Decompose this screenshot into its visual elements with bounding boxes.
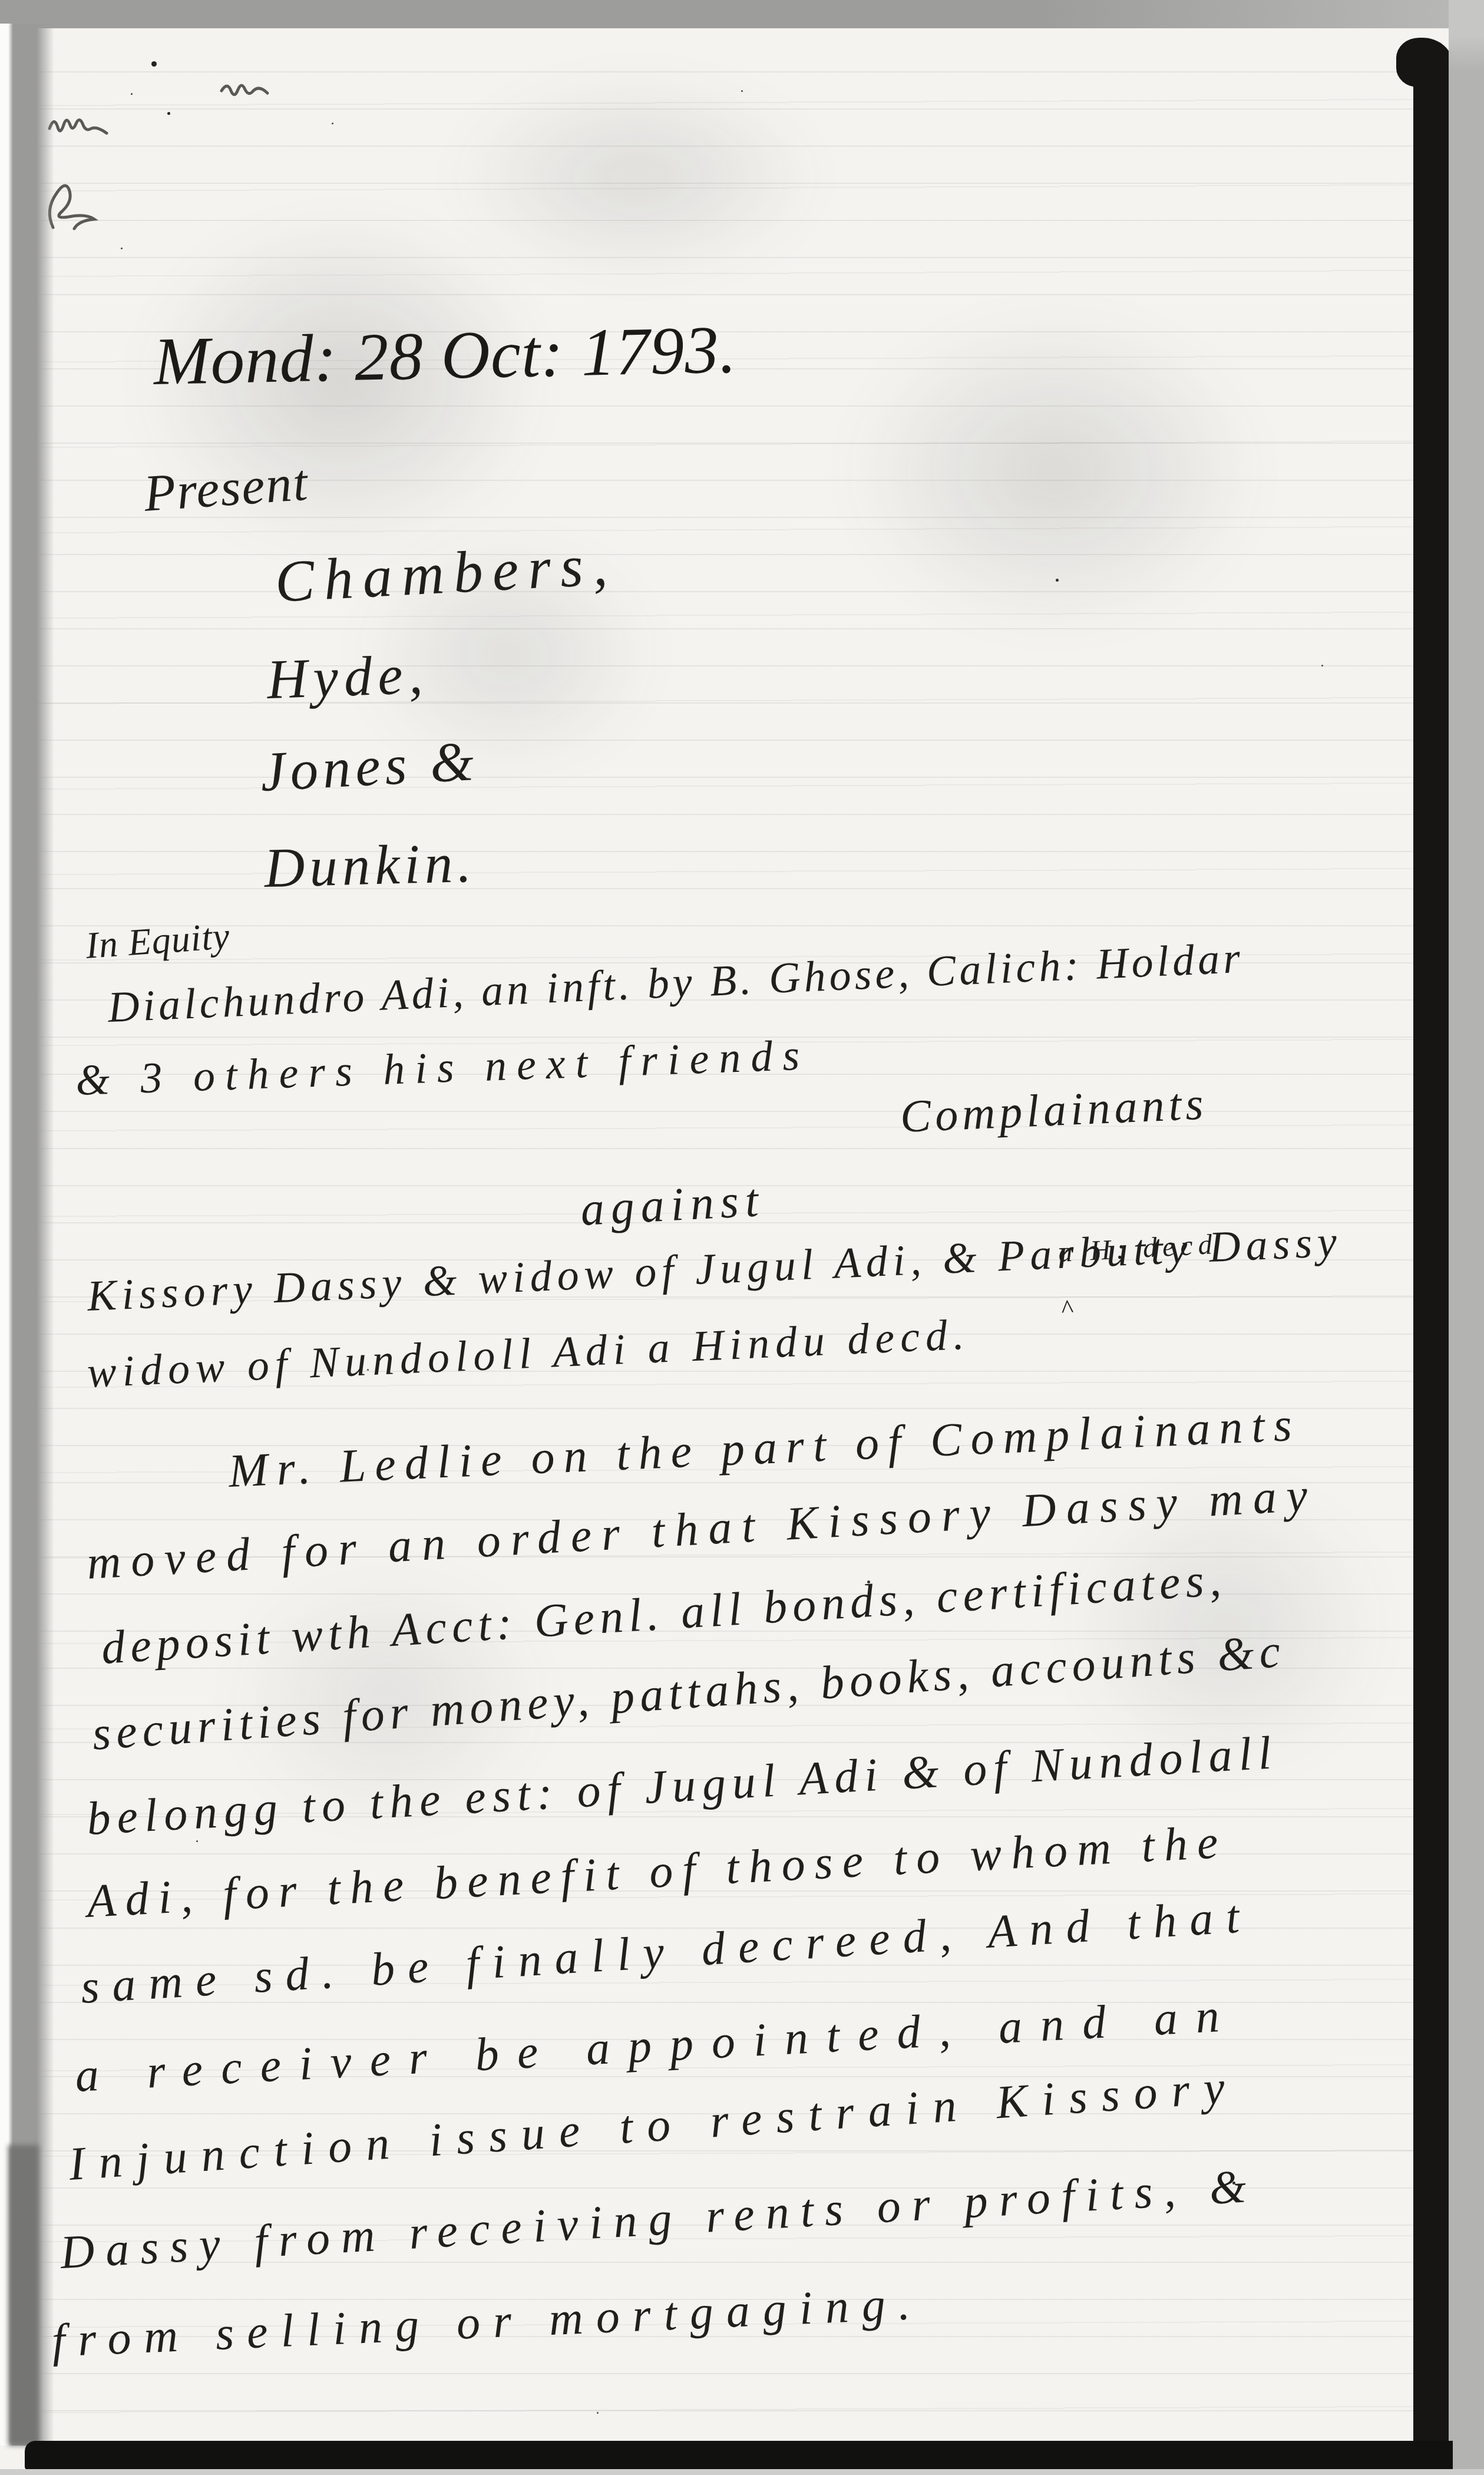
judge-name: Hyde,	[266, 641, 429, 712]
defendants-line: Kissory Dassy & widow of Jugul Adi, & Pa…	[86, 1217, 1343, 1322]
judge-name: Jones &	[259, 728, 480, 804]
date-heading: Mond: 28 Oct: 1793.	[153, 311, 737, 401]
film-edge-left	[0, 24, 54, 2446]
versus-label: against	[579, 1174, 766, 1237]
binding-gutter-bar	[1413, 48, 1449, 2475]
pencil-mark	[46, 106, 111, 141]
ink-specks	[151, 61, 157, 67]
judge-name: Chambers,	[273, 530, 618, 616]
film-edge-bottom	[0, 2469, 1484, 2475]
ink-showthrough-smudge	[448, 71, 825, 283]
defendants-line: widow of Nundololl Adi a Hindu decd.	[86, 1310, 971, 1398]
insertion-caret: ^	[1060, 1293, 1072, 1324]
film-edge-right	[1449, 0, 1484, 2475]
film-edge-left-shadow	[8, 2145, 39, 2446]
complainants-designation: Complainants	[899, 1077, 1208, 1143]
complainants-line: & 3 others his next friends	[75, 1031, 810, 1106]
pencil-mark	[218, 75, 271, 99]
jurisdiction-note: In Equity	[84, 914, 232, 968]
ink-showthrough-smudge	[842, 306, 1267, 636]
binding-edge-bottom	[25, 2441, 1453, 2470]
present-label: Present	[142, 453, 310, 524]
manuscript-scan-page: Mond: 28 Oct: 1793. Present Chambers, Hy…	[0, 0, 1484, 2475]
body-line: from selling or mortgaging.	[51, 2277, 924, 2368]
film-edge-top	[0, 0, 1484, 28]
complainants-line: Dialchundro Adi, an inft. by B. Ghose, C…	[107, 933, 1244, 1033]
judge-name: Dunkin.	[263, 830, 477, 900]
